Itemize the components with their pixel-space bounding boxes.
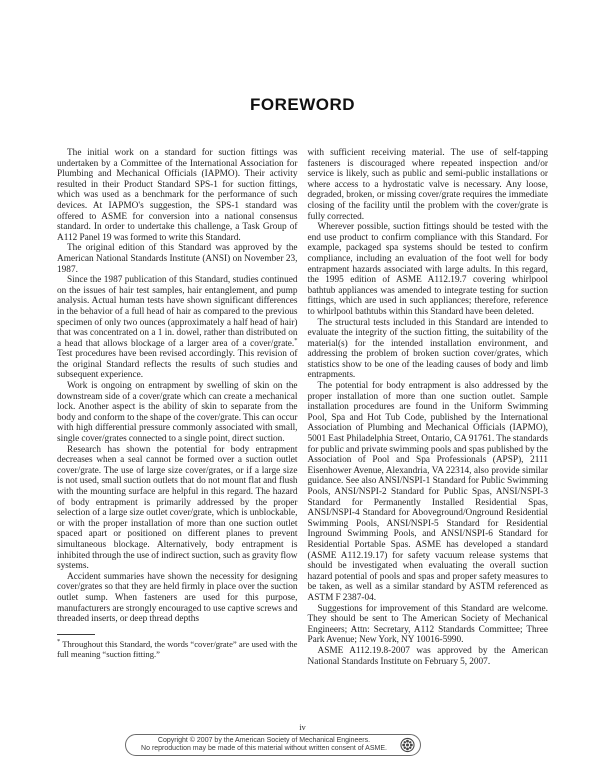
paragraph-text: Test procedures have been revised accord… [57, 349, 298, 380]
paragraph: Suggestions for improvement of this Stan… [308, 604, 549, 646]
paragraph: The structural tests included in this St… [308, 318, 549, 382]
asme-gear-logo-icon [400, 738, 415, 753]
footnote: *Throughout this Standard, the words “co… [57, 639, 298, 659]
two-column-body: The initial work on a standard for sucti… [57, 148, 548, 667]
copyright-line-2: No reproduction may be made of this mate… [132, 745, 396, 753]
paragraph: Accident summaries have shown the necess… [57, 572, 298, 625]
page-number: iv [57, 722, 548, 732]
footnote-text: Throughout this Standard, the words “cov… [57, 639, 298, 659]
paragraph: The original edition of this Standard wa… [57, 243, 298, 275]
paragraph: The initial work on a standard for sucti… [57, 148, 298, 243]
paragraph: Work is ongoing on entrapment by swellin… [57, 381, 298, 445]
paragraph: ASME A112.19.8-2007 was approved by the … [308, 646, 549, 667]
copyright-line-1: Copyright © 2007 by the American Society… [132, 737, 396, 745]
paragraph: with sufficient receiving material. The … [308, 148, 549, 222]
document-page: FOREWORD The initial work on a standard … [0, 0, 600, 776]
paragraph: Since the 1987 publication of this Stand… [57, 275, 298, 381]
footnote-divider [57, 634, 95, 635]
paragraph: Wherever possible, suction fittings shou… [308, 222, 549, 317]
right-column: with sufficient receiving material. The … [308, 148, 549, 667]
copyright-box: Copyright © 2007 by the American Society… [125, 734, 421, 756]
copyright-notice: Copyright © 2007 by the American Society… [132, 737, 396, 753]
paragraph: Research has shown the potential for bod… [57, 445, 298, 572]
footnote-reference-marker: * [294, 337, 297, 344]
left-column: The initial work on a standard for sucti… [57, 148, 298, 667]
paragraph: The potential for body entrapment is als… [308, 381, 549, 603]
paragraph-text: Since the 1987 publication of this Stand… [57, 275, 298, 349]
page-title: FOREWORD [57, 95, 548, 115]
footnote-marker: * [57, 638, 60, 645]
